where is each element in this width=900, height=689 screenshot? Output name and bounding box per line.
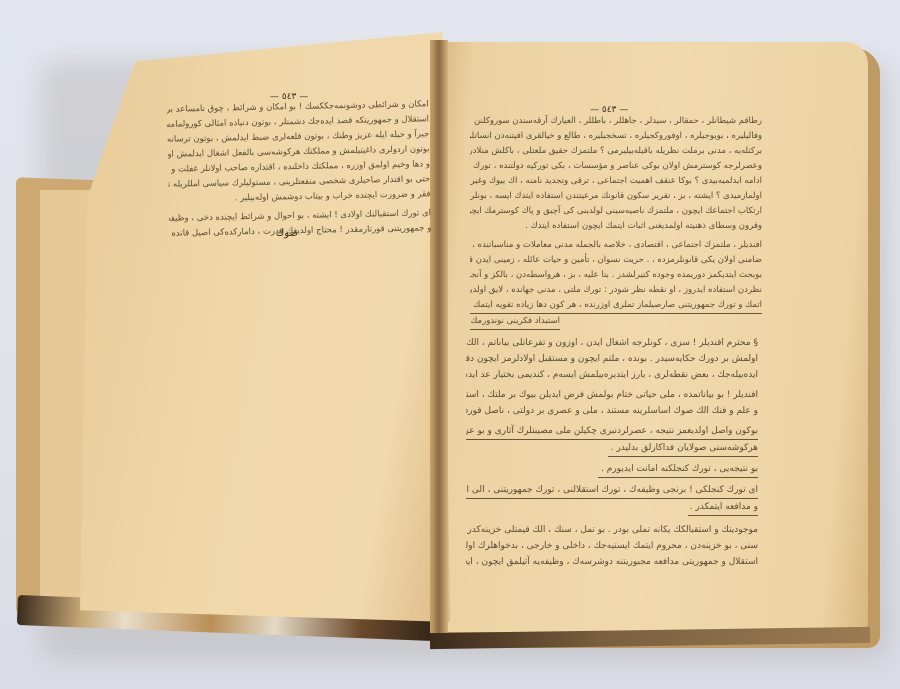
- underlined-line: و مدافعه ایتمکدر .: [688, 499, 758, 516]
- text-line: نظردن استفاده ایدروز ، او نقطه نظر شودر …: [470, 283, 762, 298]
- text-line: وفالیلیره ، بوبوجیلره ، اوفوروکجیلره ، ت…: [470, 129, 762, 144]
- paragraph-mark: §: [754, 338, 759, 348]
- text-line: § محترم افندیلر ! سزی ، کونلرجه اشغال ای…: [466, 335, 758, 351]
- text-line: استقلال و جمهوریتی مدافعه مجبوریتنه دوشر…: [466, 554, 758, 570]
- text-line: افندیلر ! بو بیاناتمده ، ملی حیاتی ختام …: [466, 387, 758, 403]
- text-line: وعصرلرجه کوسترمش اولان بوکی عناصر و مؤسس…: [470, 159, 762, 174]
- underlined-line: بوکون واصل اولدیغمز نتیجه ، عصرلردنبری چ…: [466, 423, 758, 440]
- text-line: بوبحث ایتدیکمز دوریمده وجوده کتیرلشدر . …: [470, 268, 762, 283]
- text-line: ایده‌بیله‌جك ، بعض نقطه‌لری ، بارز ایتدی…: [466, 367, 758, 383]
- open-book: — ٥٤٣ — امکان و شرائطی دوشونمه‌جککسك ! ب…: [0, 0, 900, 689]
- underlined-line: ای تورك کنجلکی ! برنجی وظیفه‌ك ، تورك اس…: [466, 482, 758, 499]
- text-line: اولمش بر دورك حکایه‌سیدر . بونده ، ملتم …: [466, 351, 758, 367]
- right-page-text-bottom: § محترم افندیلر ! سزی ، کونلرجه اشغال ای…: [466, 335, 758, 570]
- text-line: موجودیتك و استقبالكك یکانه تملی بودر . ب…: [466, 522, 758, 538]
- underlined-line: بو نتیجه‌یی ، تورك کنجلکنه امانت ایدیورم…: [598, 461, 758, 478]
- left-page-text: امکان و شرائطی دوشونمه‌جککسك ! بو امکان …: [167, 97, 432, 241]
- text-line: سنی ، بو خزینه‌دن ، محروم ایتمك ایستیه‌ج…: [466, 538, 758, 554]
- end-mark: صوك: [276, 228, 298, 239]
- text-line: وقرون وسطای ذهنیته اولمدیغنی اثبات ایتمك…: [470, 219, 762, 234]
- text-line: ادامه ایدلمیه‌بیدی ؟ بوکا عنقف اهمیت اجت…: [470, 174, 762, 189]
- underlined-line: استبداد فکرینی نوندورمك ..: [470, 314, 560, 330]
- text-line: ضامنی اولان یکی قانونلرمزده ، . حریت نسو…: [470, 253, 762, 268]
- underlined-line: هرکوشه‌سنی صولایان فداکارلق بدلیدر .: [608, 440, 758, 457]
- section-divider: ٠: [615, 298, 620, 309]
- text-line: اولمازمیدی ؟ ایشته ، بز ، تقریر سکون قان…: [470, 189, 762, 204]
- text-line: افندیلر ، ملتمزك اجتماعی ، اقتصادی ، خلا…: [470, 238, 762, 253]
- text-line: برکتله‌یه ، مدنی برملت نظریله باقیله‌بیل…: [470, 144, 762, 159]
- text-line: و علم و فنك الك صوك اساسلرینه مستند ، مل…: [466, 403, 758, 419]
- book-spine: [430, 40, 448, 640]
- text-line: ارتکاب اجتماعك ایچون ، ملتمزك ناصیه‌سینی…: [470, 204, 762, 219]
- text-line: رطاقم شیطانلر ، حمقالر ، سیدلر ، جاهللر …: [470, 114, 762, 129]
